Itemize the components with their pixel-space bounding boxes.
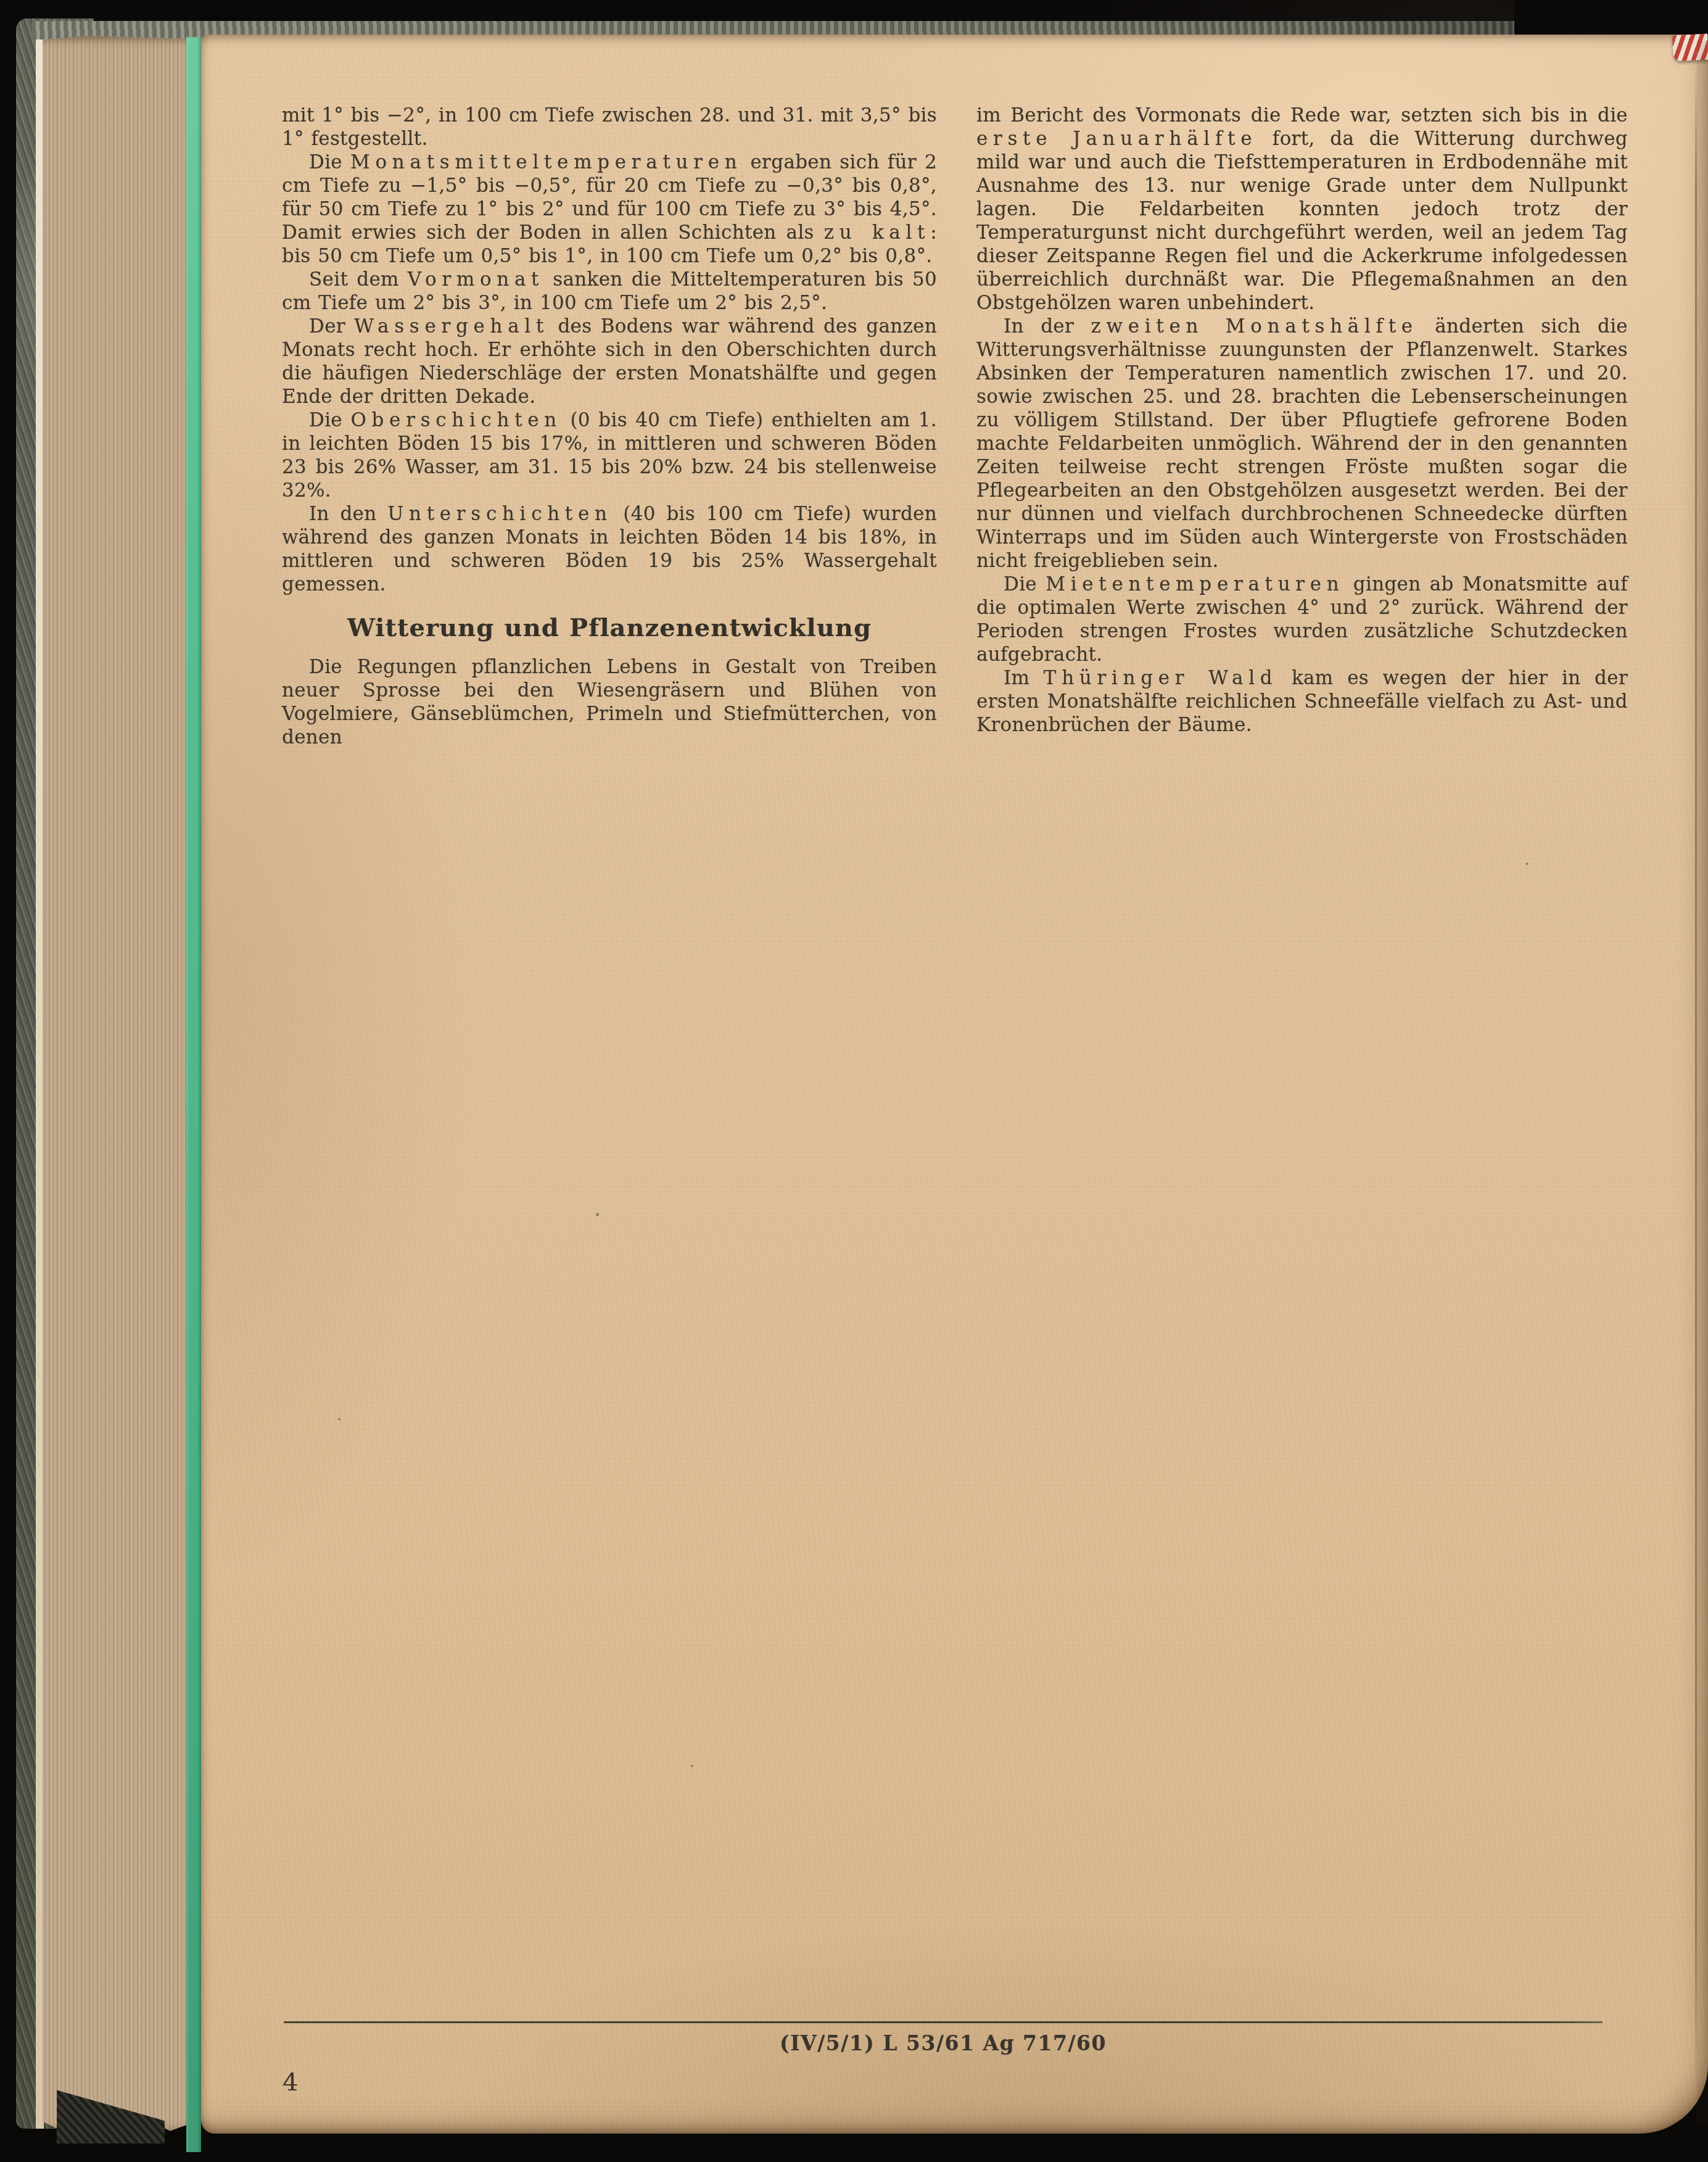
letterspaced-phrase: Unterschichten: [387, 503, 612, 525]
paper-speck: [874, 180, 878, 184]
text-segment: im Bericht des Vormonats die Rede war, s…: [976, 104, 1628, 126]
fanned-page-edges: [43, 36, 188, 2136]
paragraph: In den Unterschichten (40 bis 100 cm Tie…: [282, 502, 937, 596]
letterspaced-phrase: Thüringer Wald: [1044, 667, 1278, 689]
paragraph: Die Regungen pflanzlichen Lebens in Gest…: [282, 655, 937, 749]
paragraph: In der zweiten Monatshälfte änderten sic…: [976, 315, 1628, 573]
text-segment: Die: [1004, 573, 1046, 595]
text-segment: fort, da die Witterung durchweg mild war…: [976, 128, 1628, 314]
text-column-left: mit 1° bis −2°, in 100 cm Tiefe zwischen…: [282, 104, 937, 749]
paragraph: Der Wassergehalt des Bodens war während …: [282, 315, 937, 408]
page-number: 4: [283, 2068, 298, 2097]
footer-rule: [284, 2021, 1603, 2023]
paragraph: Die Oberschichten (0 bis 40 cm Tiefe) en…: [282, 408, 937, 502]
fore-edge-green-strip: [186, 37, 201, 2152]
page-fold-shade: [1697, 41, 1708, 2126]
letterspaced-phrase: zweiten Monatshälfte: [1091, 315, 1417, 338]
text-segment: änderten sich die Witterungsverhältnisse…: [976, 315, 1628, 572]
text-column-right: im Bericht des Vormonats die Rede war, s…: [976, 104, 1628, 737]
text-segment: Die: [309, 409, 350, 431]
text-segment: Im: [1004, 667, 1044, 689]
text-segment: In den: [309, 503, 387, 525]
text-segment: mit 1° bis −2°, in 100 cm Tiefe zwischen…: [282, 104, 937, 150]
scanner-background: { "page_number": "4", "heading": "Witter…: [0, 0, 1708, 2162]
letterspaced-phrase: Wassergehalt: [354, 315, 549, 338]
paragraph: Im Thüringer Wald kam es wegen der hier …: [976, 666, 1628, 737]
text-segment: Seit dem: [309, 268, 408, 291]
paragraph: Die Mietentemperaturen gingen ab Monatsm…: [976, 573, 1628, 666]
text-segment: In der: [1004, 315, 1091, 338]
paragraph: Die Monatsmitteltemperaturen ergaben sic…: [282, 151, 937, 268]
paper-speck: [338, 1418, 340, 1420]
section-heading: Witterung und Pflanzenentwicklung: [282, 613, 937, 643]
letterspaced-phrase: zu kalt: [824, 222, 930, 244]
letterspaced-phrase: Monatsmitteltemperaturen: [350, 151, 742, 173]
text-segment: Die: [309, 151, 350, 173]
paper-speck: [691, 1765, 693, 1767]
paper-speck: [1526, 863, 1529, 865]
paper-speck: [596, 1213, 599, 1216]
paragraph: Seit dem Vormonat sanken die Mitteltempe…: [282, 268, 937, 315]
letterspaced-phrase: erste Januarhälfte: [976, 128, 1257, 150]
letterspaced-phrase: Oberschichten: [350, 409, 562, 431]
text-segment: Der: [309, 315, 354, 338]
paragraph: mit 1° bis −2°, in 100 cm Tiefe zwischen…: [282, 104, 937, 151]
paragraph: im Bericht des Vormonats die Rede war, s…: [976, 104, 1628, 315]
text-segment: Die Regungen pflanzlichen Lebens in Gest…: [282, 656, 937, 748]
scanner-background-patch: [1514, 0, 1708, 38]
footer-imprint: (IV/5/1) L 53/61 Ag 717/60: [284, 2031, 1603, 2055]
letterspaced-phrase: Mietentemperaturen: [1046, 573, 1344, 595]
letterspaced-phrase: Vormonat: [408, 268, 544, 291]
page-fold-crease: [1695, 67, 1697, 2097]
